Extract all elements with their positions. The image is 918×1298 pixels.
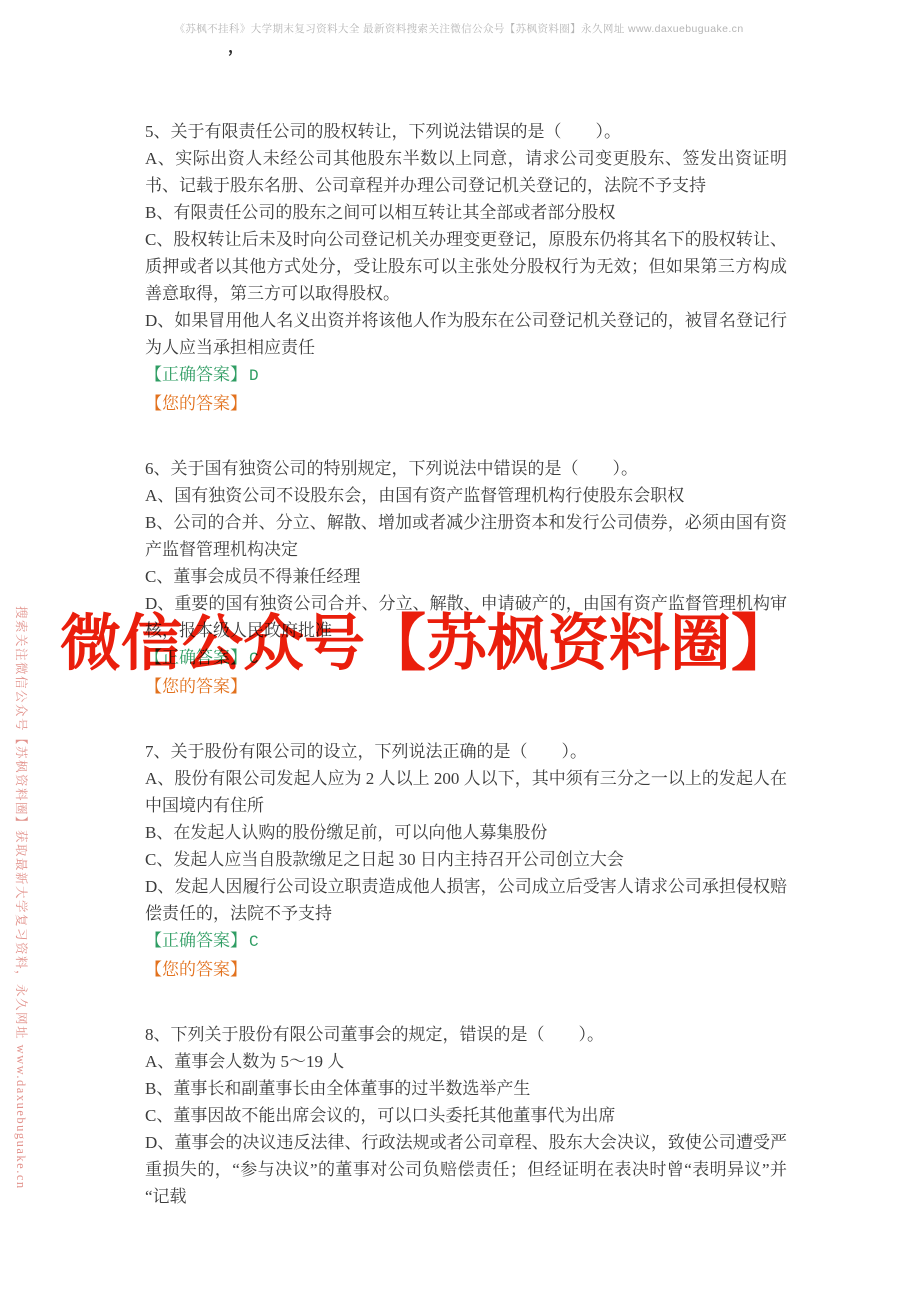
question-stem: 5、关于有限责任公司的股权转让，下列说法错误的是（ ）。 <box>145 118 787 145</box>
question-stem: 8、下列关于股份有限公司董事会的规定，错误的是（ ）。 <box>145 1021 787 1048</box>
option-c: C、董事会成员不得兼任经理 <box>145 563 787 590</box>
your-answer-label: 【您的答案】 <box>145 960 247 979</box>
question-stem: 7、关于股份有限公司的设立，下列说法正确的是（ ）。 <box>145 738 787 765</box>
top-watermark-text: 《苏枫不挂科》大学期末复习资料大全 最新资料搜索关注微信公众号【苏枫资料圈】永久… <box>0 21 918 36</box>
question-block-5: 5、关于有限责任公司的股权转让，下列说法错误的是（ ）。 A、实际出资人未经公司… <box>145 118 787 419</box>
your-answer-line: 【您的答案】 <box>145 390 787 419</box>
option-b: B、董事长和副董事长由全体董事的过半数选举产生 <box>145 1075 787 1102</box>
option-b: B、在发起人认购的股份缴足前，可以向他人募集股份 <box>145 819 787 846</box>
correct-answer-line: 【正确答案】D <box>145 361 787 390</box>
document-page: 《苏枫不挂科》大学期末复习资料大全 最新资料搜索关注微信公众号【苏枫资料圈】永久… <box>0 0 918 1298</box>
your-answer-line: 【您的答案】 <box>145 956 787 985</box>
option-c: C、董事因故不能出席会议的，可以口头委托其他董事代为出席 <box>145 1102 787 1129</box>
option-c: C、股权转让后未及时向公司登记机关办理变更登记，原股东仍将其名下的股权转让、质押… <box>145 226 787 307</box>
option-c: C、发起人应当自股款缴足之日起 30 日内主持召开公司创立大会 <box>145 846 787 873</box>
correct-answer-line: 【正确答案】C <box>145 927 787 956</box>
option-d: D、董事会的决议违反法律、行政法规或者公司章程、股东大会决议，致使公司遭受严重损… <box>145 1129 787 1210</box>
correct-answer-value: C <box>247 933 259 951</box>
option-a: A、股份有限公司发起人应为 2 人以上 200 人以下，其中须有三分之一以上的发… <box>145 765 787 819</box>
correct-answer-label: 【正确答案】 <box>145 365 247 384</box>
option-d: D、如果冒用他人名义出资并将该他人作为股东在公司登记机关登记的，被冒名登记行为人… <box>145 307 787 361</box>
option-b: B、有限责任公司的股东之间可以相互转让其全部或者部分股权 <box>145 199 787 226</box>
your-answer-label: 【您的答案】 <box>145 394 247 413</box>
option-a: A、董事会人数为 5～19 人 <box>145 1048 787 1075</box>
correct-answer-value: D <box>247 367 259 385</box>
center-red-watermark-text: 微信公众号【苏枫资料圈】 <box>60 604 792 684</box>
option-d: D、发起人因履行公司设立职责造成他人损害，公司成立后受害人请求公司承担侵权赔偿责… <box>145 873 787 927</box>
option-a: A、国有独资公司不设股东会，由国有资产监督管理机构行使股东会职权 <box>145 482 787 509</box>
option-b: B、公司的合并、分立、解散、增加或者减少注册资本和发行公司债券，必须由国有资产监… <box>145 509 787 563</box>
your-answer-value <box>247 396 249 414</box>
question-block-7: 7、关于股份有限公司的设立，下列说法正确的是（ ）。 A、股份有限公司发起人应为… <box>145 738 787 985</box>
option-a: A、实际出资人未经公司其他股东半数以上同意，请求公司变更股东、签发出资证明书、记… <box>145 145 787 199</box>
your-answer-value <box>247 962 249 980</box>
correct-answer-label: 【正确答案】 <box>145 931 247 950</box>
stray-comma-mark: ， <box>228 34 244 57</box>
left-vertical-watermark-text: 搜索关注微信公众号【苏枫资料圈】获取最新大学复习资料，永久网址 www.daxu… <box>13 606 31 1190</box>
question-stem: 6、关于国有独资公司的特别规定，下列说法中错误的是（ ）。 <box>145 455 787 482</box>
question-block-8: 8、下列关于股份有限公司董事会的规定，错误的是（ ）。 A、董事会人数为 5～1… <box>145 1021 787 1210</box>
